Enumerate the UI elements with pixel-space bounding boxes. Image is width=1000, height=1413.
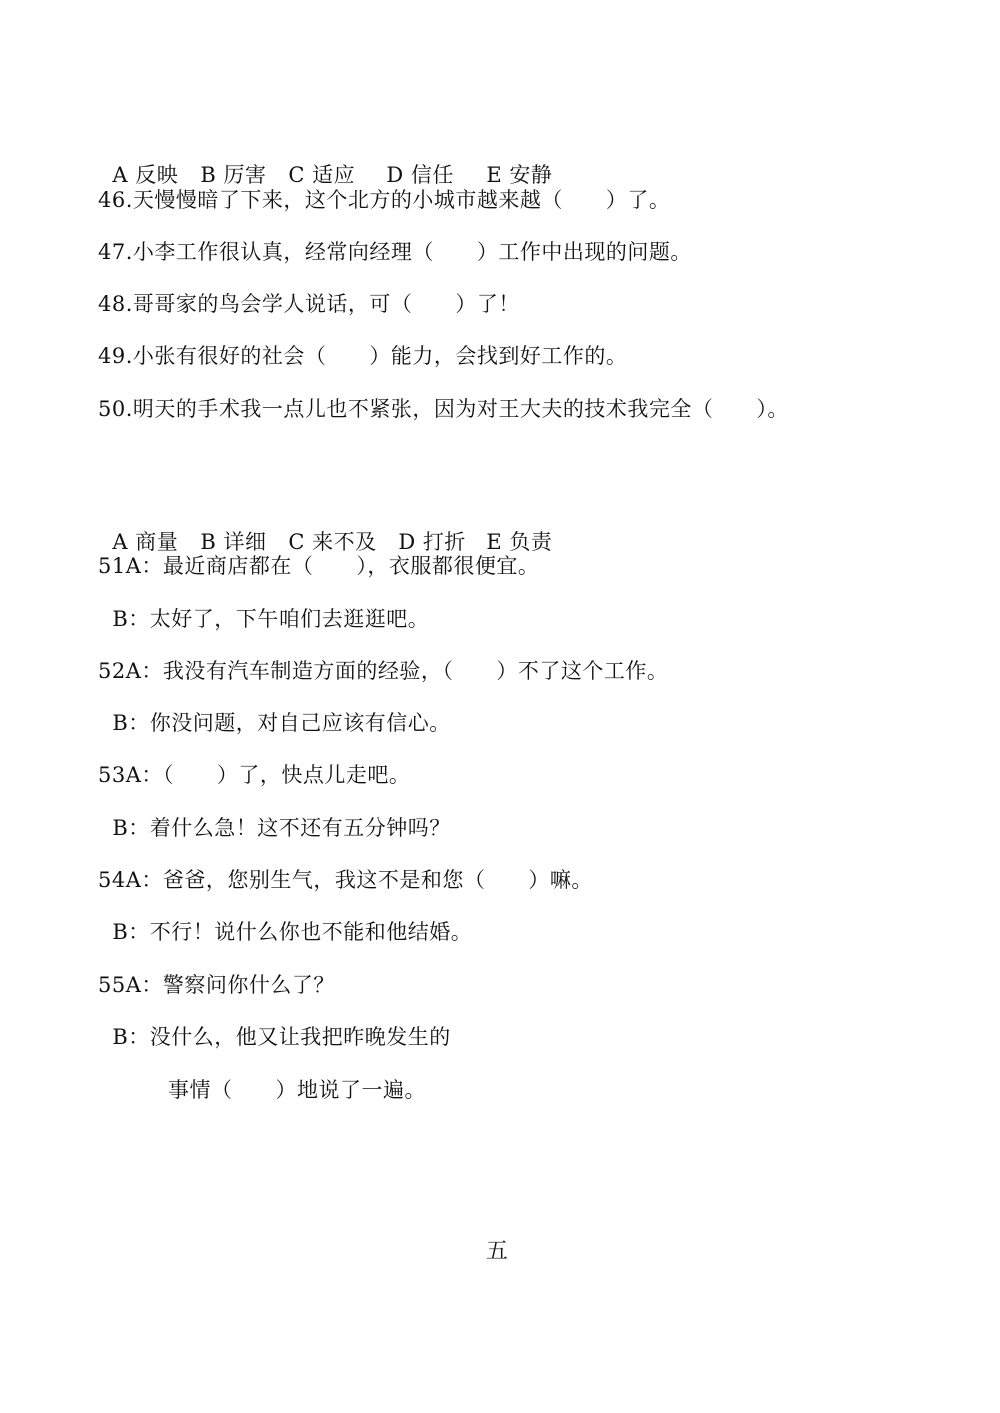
dialogue-55-a: 55A：警察问你什么了？ (98, 971, 335, 999)
dialogue-54-b: B：不行！说什么你也不能和他结婚。 (98, 918, 472, 946)
question-49: 49.小张有很好的社会（ ）能力，会找到好工作的。 (98, 342, 627, 370)
dialogue-53-a: 53A：（ ）了，快点儿走吧。 (98, 761, 410, 789)
word-options-51-55: A 商量B 详细C 来不及D 打折E 负责 (98, 500, 552, 556)
option-a: A 反映 (112, 161, 200, 189)
option-b: B 厉害 (200, 161, 288, 189)
question-46: 46.天慢慢暗了下来，这个北方的小城市越来越（ ）了。 (98, 186, 670, 214)
question-50: 50.明天的手术我一点儿也不紧张，因为对王大夫的技术我完全（ ）。 (98, 395, 789, 423)
dialogue-55-b-continued: 事情（ ）地说了一遍。 (168, 1076, 426, 1104)
option-c: C 适应 (288, 161, 386, 189)
option-e: E 安静 (486, 161, 552, 189)
dialogue-52-a: 52A：我没有汽车制造方面的经验，（ ）不了这个工作。 (98, 657, 668, 685)
dialogue-53-b: B：着什么急！这不还有五分钟吗？ (98, 814, 451, 842)
page-number: 五 (486, 1234, 508, 1265)
dialogue-54-a: 54A：爸爸，您别生气，我这不是和您（ ）嘛。 (98, 866, 593, 894)
option-d: D 信任 (386, 161, 486, 189)
dialogue-51-b: B：太好了，下午咱们去逛逛吧。 (98, 605, 429, 633)
word-options-46-50: A 反映B 厉害C 适应D 信任E 安静 (98, 133, 552, 189)
dialogue-52-b: B：你没问题，对自己应该有信心。 (98, 709, 451, 737)
question-48: 48.哥哥家的鸟会学人说话，可（ ）了！ (98, 290, 520, 318)
dialogue-55-b: B：没什么，他又让我把昨晚发生的 (98, 1023, 451, 1051)
dialogue-51-a: 51A：最近商店都在（ ），衣服都很便宜。 (98, 552, 539, 580)
question-47: 47.小李工作很认真，经常向经理（ ）工作中出现的问题。 (98, 238, 692, 266)
